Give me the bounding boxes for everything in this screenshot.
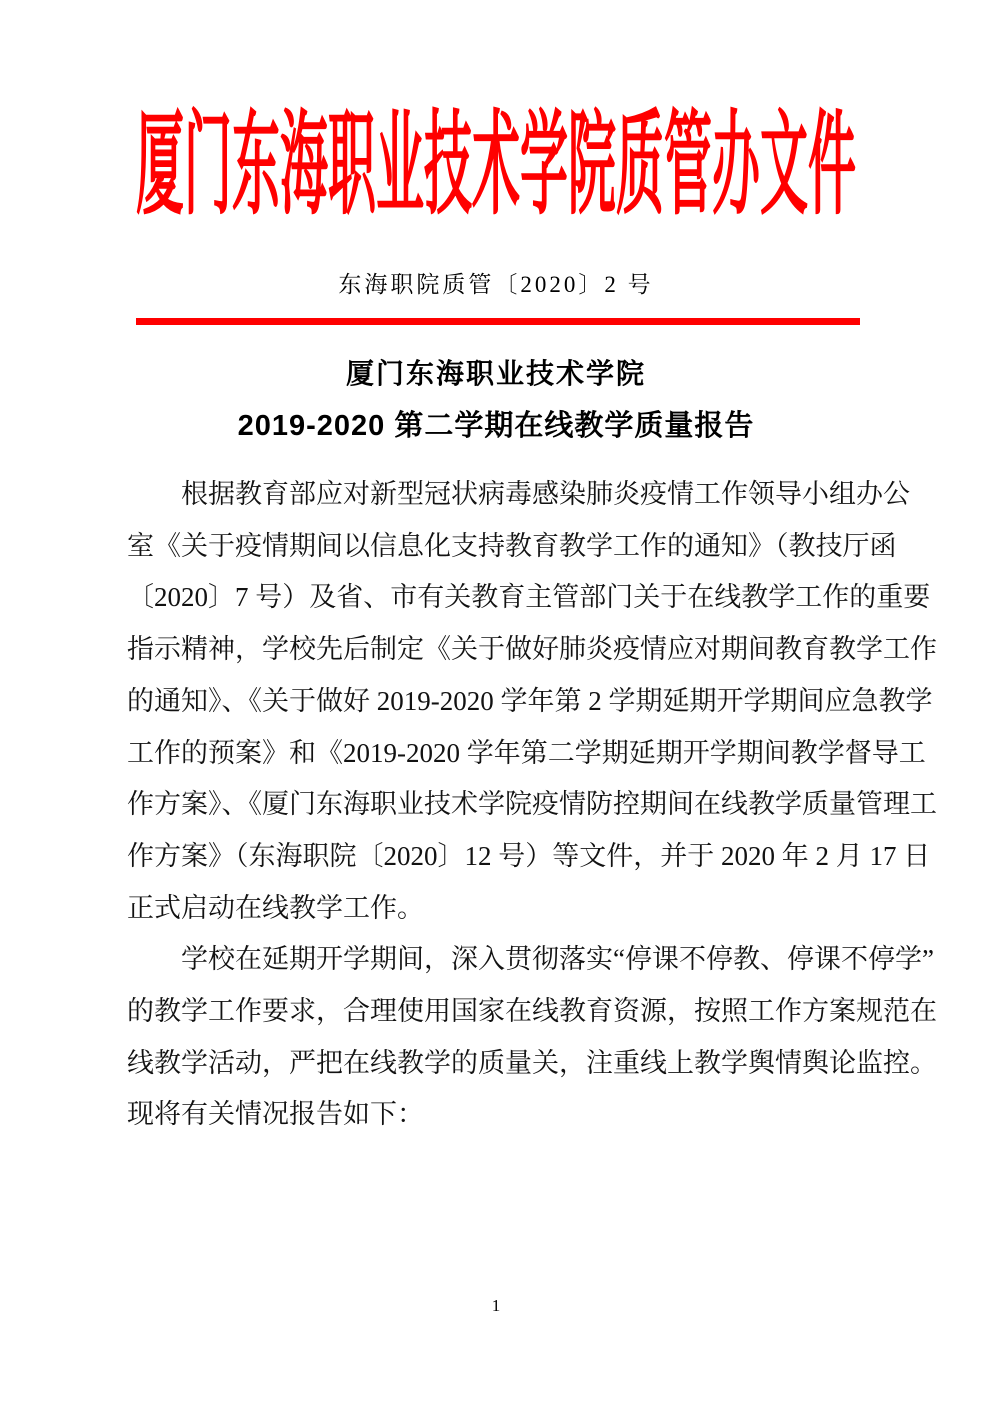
body-line: 根据教育部应对新型冠状病毒感染肺炎疫情工作领导小组办公: [127, 469, 866, 521]
body-line: 线教学活动，严把在线教学的质量关，注重线上教学舆情舆论监控。: [127, 1038, 866, 1090]
document-page: 厦门东海职业技术学院质管办文件 东海职院质管〔2020〕2 号 厦门东海职业技术…: [0, 0, 992, 1403]
body-line: 现将有关情况报告如下：: [127, 1089, 866, 1141]
body-line: 作方案》（东海职院〔2020〕12 号）等文件，并于 2020 年 2 月 17…: [127, 831, 866, 883]
body-line: 室《关于疫情期间以信息化支持教育教学工作的通知》（教技厅函: [127, 521, 866, 573]
letterhead: 厦门东海职业技术学院质管办文件: [0, 112, 992, 160]
body-line: 指示精神，学校先后制定《关于做好肺炎疫情应对期间教育教学工作: [127, 624, 866, 676]
body-line: 作方案》、《厦门东海职业技术学院疫情防控期间在线教学质量管理工: [127, 779, 866, 831]
body-text: 根据教育部应对新型冠状病毒感染肺炎疫情工作领导小组办公 室《关于疫情期间以信息化…: [127, 469, 866, 1141]
body-line: 〔2020〕7 号）及省、市有关教育主管部门关于在线教学工作的重要: [127, 572, 866, 624]
red-divider-line: [136, 318, 860, 325]
report-title-line2: 2019-2020 第二学期在线教学质量报告: [0, 403, 992, 444]
body-line: 正式启动在线教学工作。: [127, 883, 866, 935]
body-line: 的教学工作要求，合理使用国家在线教育资源，按照工作方案规范在: [127, 986, 866, 1038]
body-line: 的通知》、《关于做好 2019-2020 学年第 2 学期延期开学期间应急教学: [127, 676, 866, 728]
page-number: 1: [0, 1296, 992, 1316]
letterhead-title: 厦门东海职业技术学院质管办文件: [136, 112, 856, 225]
body-line: 工作的预案》和《2019-2020 学年第二学期延期开学期间教学督导工: [127, 728, 866, 780]
document-number: 东海职院质管〔2020〕2 号: [0, 266, 992, 299]
report-title-line1: 厦门东海职业技术学院: [0, 352, 992, 392]
body-line: 学校在延期开学期间，深入贯彻落实“停课不停教、停课不停学”: [127, 934, 866, 986]
